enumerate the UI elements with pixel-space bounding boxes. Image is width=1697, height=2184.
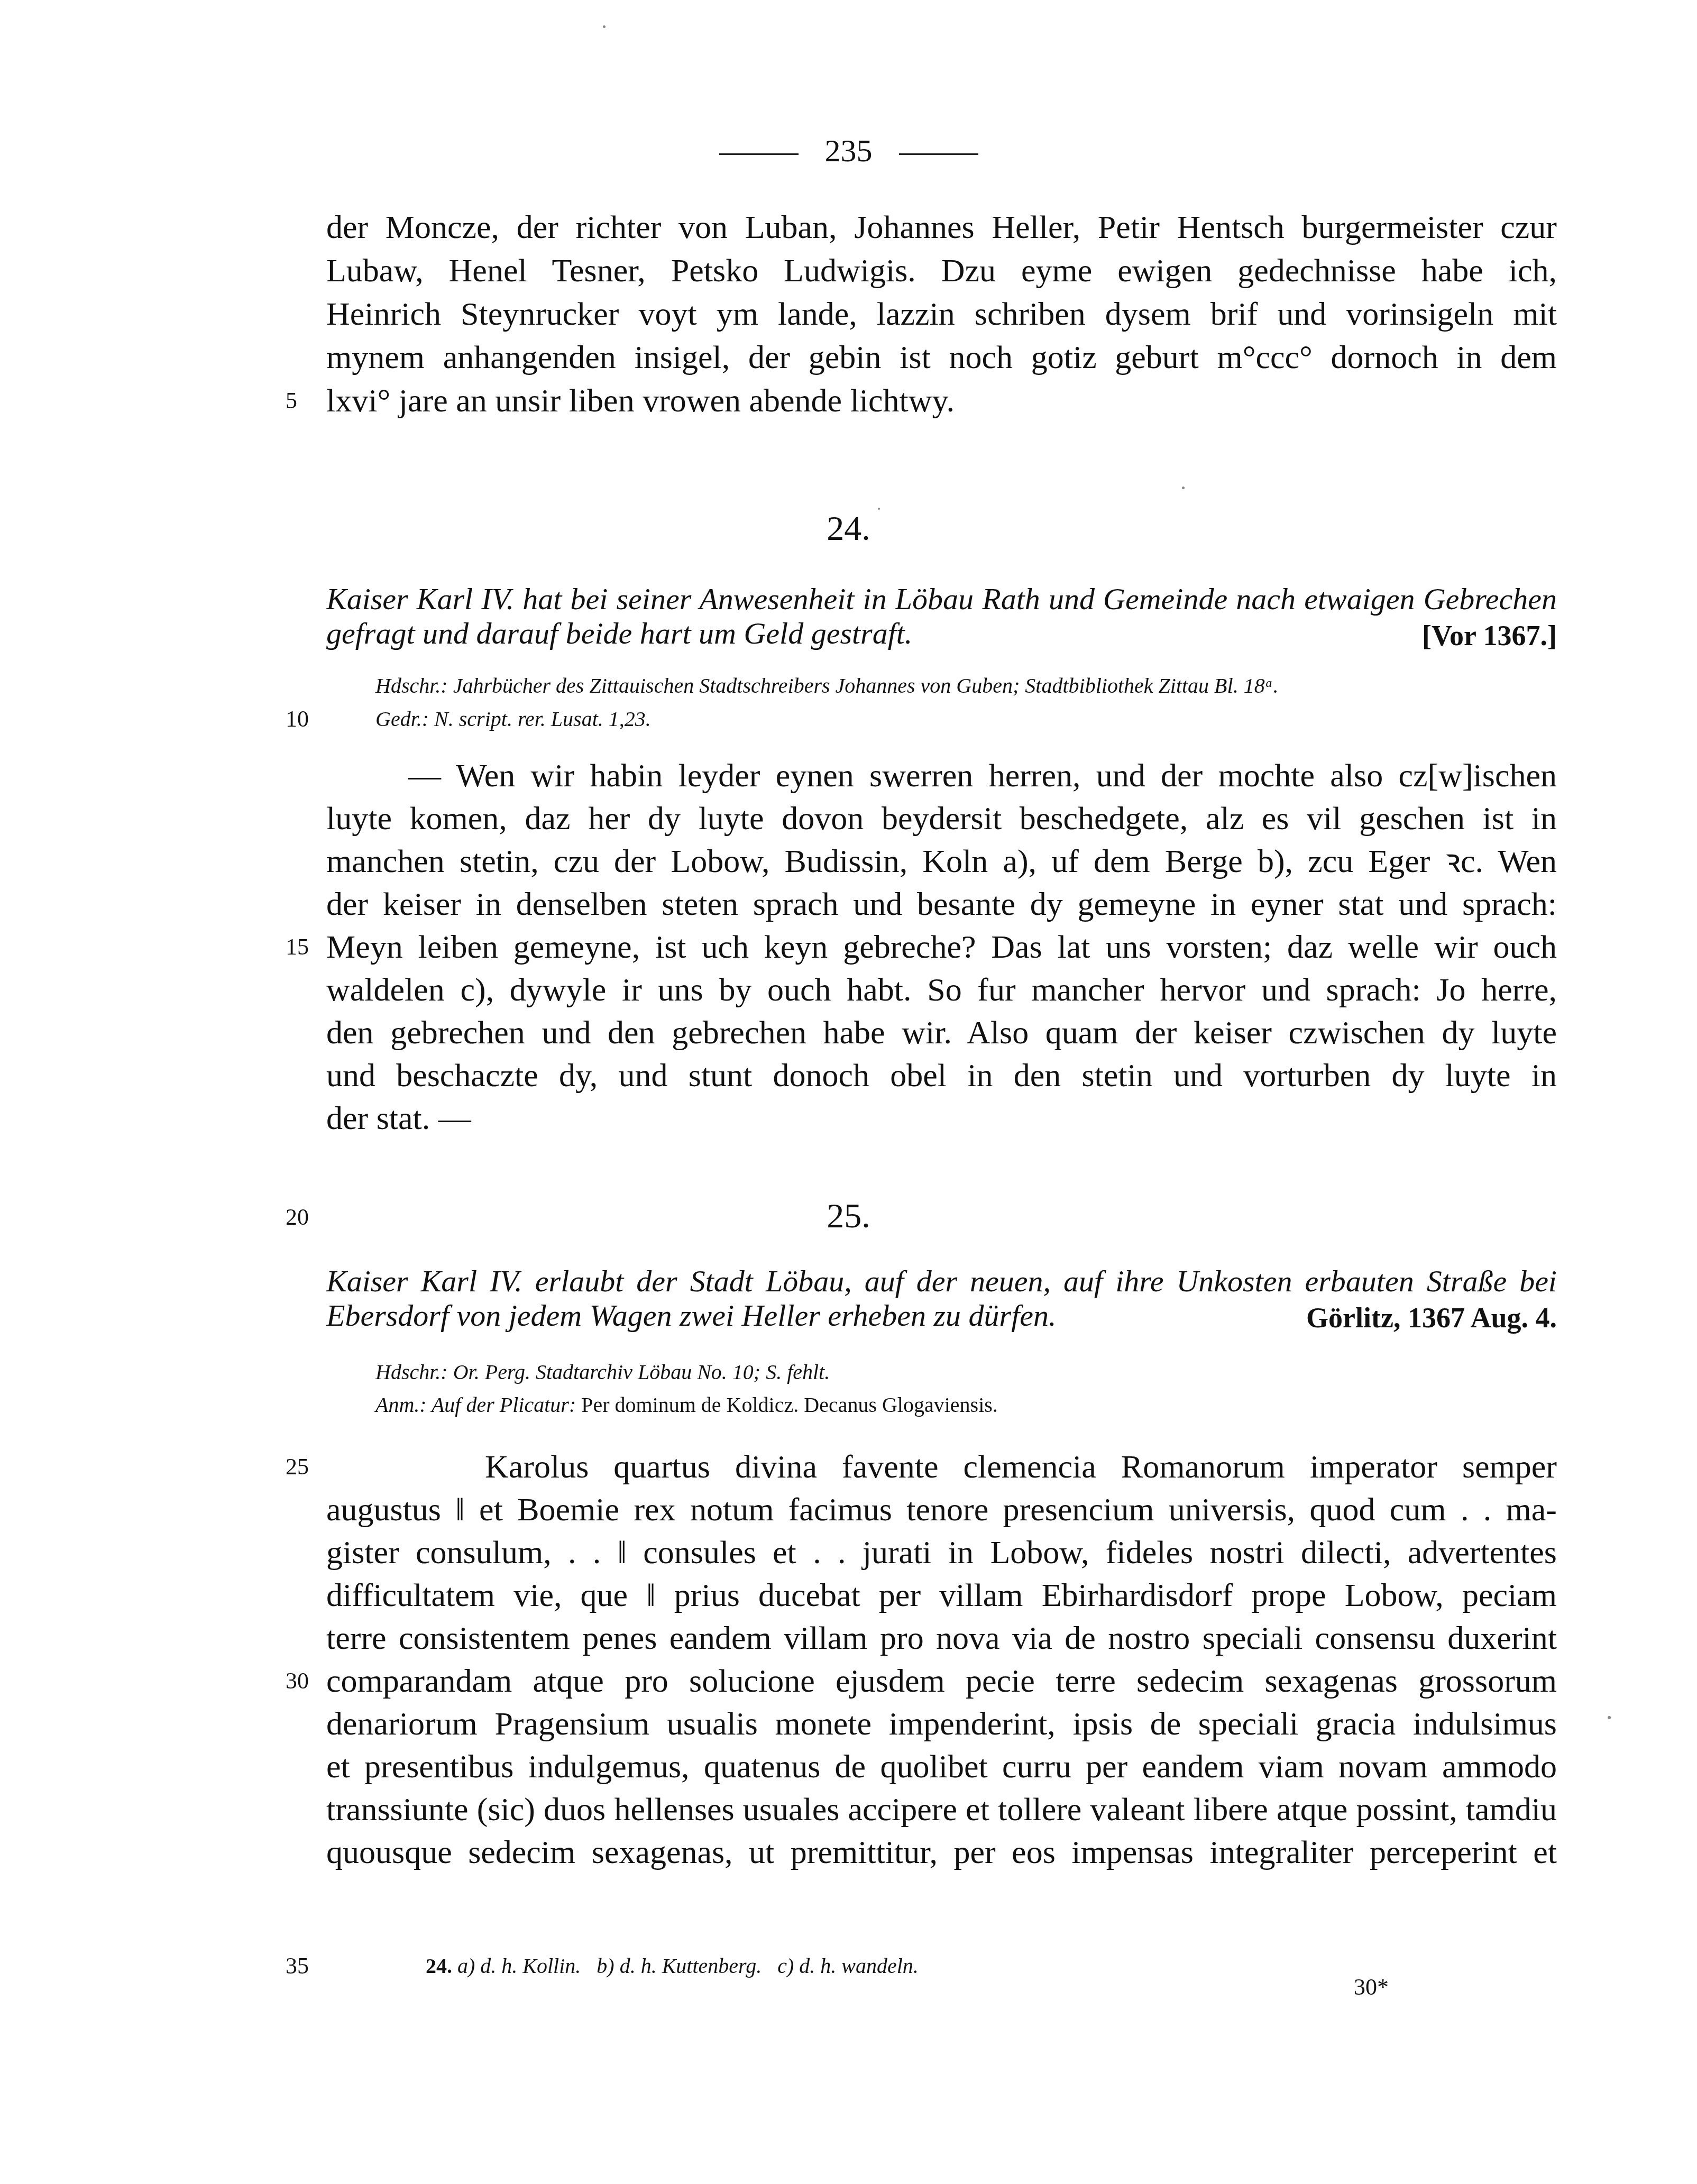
source-note: Hdschr.: Or. Perg. Stadtarchiv Löbau No.… bbox=[375, 1356, 830, 1388]
text-line: comparandam atque pro solucione ejusdem … bbox=[326, 1660, 1557, 1702]
footnotes: 24. a) d. h. Kollin. b) d. h. Kuttenberg… bbox=[426, 1950, 919, 1982]
line-number: 15 bbox=[286, 926, 317, 968]
text-line: denariorum Pragensium usualis monete imp… bbox=[326, 1703, 1557, 1745]
text-line: gister consulum, . . ‖ consules et . . j… bbox=[326, 1531, 1557, 1574]
line-number: 30 bbox=[286, 1660, 317, 1702]
note-text: Or. Perg. Stadtarchiv Löbau No. 10; S. f… bbox=[453, 1360, 830, 1384]
note-roman-text: Per dominum de Koldicz. Decanus Glogavie… bbox=[581, 1393, 998, 1417]
text-line: der Moncze, der richter von Luban, Johan… bbox=[326, 206, 1557, 249]
text-line: luyte komen, daz her dy luyte dovon beyd… bbox=[326, 797, 1557, 840]
text-line: und beschaczte dy, und stunt donoch obel… bbox=[326, 1054, 1557, 1097]
source-note: Hdschr.: Jahrbücher des Zittauischen Sta… bbox=[375, 670, 1279, 702]
footnote-b: b) d. h. Kuttenberg. bbox=[597, 1954, 762, 1978]
text-line: terre consistentem penes eandem villam p… bbox=[326, 1617, 1557, 1659]
line-number: 35 bbox=[286, 1945, 317, 1987]
text-line: manchen stetin, czu der Lobow, Budissin,… bbox=[326, 840, 1557, 883]
line-number: 10 bbox=[286, 698, 317, 740]
note-label: Hdschr.: bbox=[375, 674, 448, 698]
page-number: 235 bbox=[825, 133, 873, 168]
document-date: Görlitz, 1367 Aug. 4. bbox=[1306, 1299, 1557, 1337]
text-line: et presentibus indulgemus, quatenus de q… bbox=[326, 1746, 1557, 1788]
text-line: transsiunte (sic) duos hellenses usuales… bbox=[326, 1788, 1557, 1831]
text-line: Karolus quartus divina favente clemencia… bbox=[326, 1446, 1557, 1488]
text-line: lxvi° jare an unsir liben vrowen abende … bbox=[326, 380, 1557, 422]
text-line: quousque sedecim sexagenas, ut premittit… bbox=[326, 1831, 1557, 1874]
note-text: Auf der Plicatur: bbox=[432, 1393, 576, 1417]
text-line: der keiser in denselben steten sprach un… bbox=[326, 883, 1557, 925]
footnote-a: a) d. h. Kollin. bbox=[457, 1954, 581, 1978]
header-rule-right bbox=[899, 153, 978, 155]
section-number: 25. bbox=[0, 1192, 1697, 1240]
note-label: Anm.: bbox=[375, 1393, 427, 1417]
note-text: N. script. rer. Lusat. 1,23. bbox=[434, 707, 651, 731]
regest-line: Kaiser Karl IV. hat bei seiner Anwesenhe… bbox=[326, 580, 1557, 618]
header-rule-left bbox=[719, 153, 799, 155]
note-label: Gedr.: bbox=[375, 707, 429, 731]
text-line: difficultatem vie, que ‖ prius ducebat p… bbox=[326, 1574, 1557, 1617]
text-line: mynem anhangenden insigel, der gebin ist… bbox=[326, 336, 1557, 379]
page-header: 235 bbox=[0, 130, 1697, 172]
text-line: augustus ‖ et Boemie rex notum facimus t… bbox=[326, 1489, 1557, 1531]
sheet-signature: 30* bbox=[1354, 1971, 1389, 2003]
note-text: Jahrbücher des Zittauischen Stadtschreib… bbox=[453, 674, 1279, 698]
text-line: Lubaw, Henel Tesner, Petsko Ludwigis. Dz… bbox=[326, 250, 1557, 292]
text-line: den gebrechen und den gebrechen habe wir… bbox=[326, 1012, 1557, 1054]
regest-line: gefragt und darauf beide hart um Geld ge… bbox=[326, 614, 1557, 653]
footnote-section-ref: 24. bbox=[426, 1954, 452, 1978]
text-line: Meyn leiben gemeyne, ist uch keyn gebrec… bbox=[326, 926, 1557, 968]
scan-speck bbox=[1182, 487, 1185, 489]
annotation-note: Anm.: Auf der Plicatur: Per dominum de K… bbox=[375, 1389, 998, 1421]
scan-speck bbox=[878, 508, 880, 510]
line-number: 25 bbox=[286, 1446, 317, 1488]
footnote-c: c) d. h. wandeln. bbox=[777, 1954, 919, 1978]
document-date: [Vor 1367.] bbox=[1422, 617, 1557, 655]
text-line: waldelen c), dywyle ir uns by ouch habt.… bbox=[326, 969, 1557, 1011]
line-number: 5 bbox=[286, 380, 317, 422]
text-line: Heinrich Steynrucker voyt ym lande, lazz… bbox=[326, 293, 1557, 335]
text-line: — Wen wir habin leyder eynen swerren her… bbox=[326, 755, 1557, 797]
section-number: 24. bbox=[0, 505, 1697, 553]
print-note: Gedr.: N. script. rer. Lusat. 1,23. bbox=[375, 703, 651, 735]
scan-speck bbox=[603, 25, 606, 28]
scan-speck bbox=[1608, 1716, 1611, 1719]
regest-line: Kaiser Karl IV. erlaubt der Stadt Löbau,… bbox=[326, 1262, 1557, 1300]
text-line: der stat. — bbox=[326, 1097, 1557, 1140]
note-label: Hdschr.: bbox=[375, 1360, 448, 1384]
